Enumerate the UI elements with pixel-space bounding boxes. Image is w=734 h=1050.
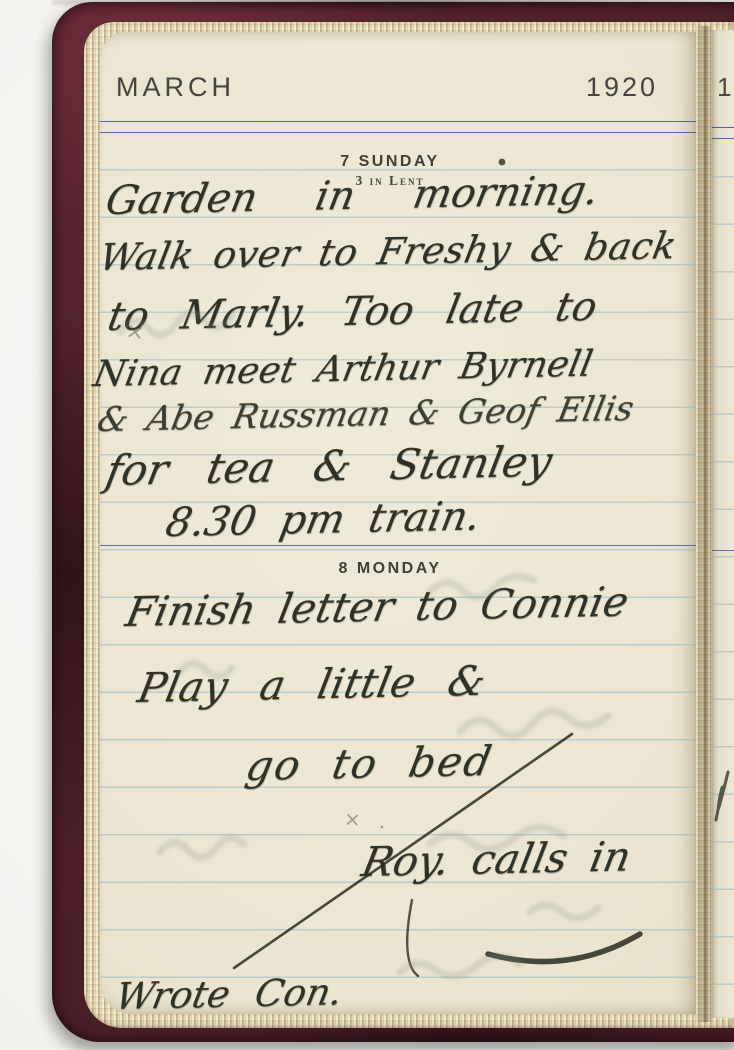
pencil-x-mark: × . [343, 806, 392, 833]
cover-top-edge [52, 0, 734, 10]
facing-page-ruled-lines [712, 176, 734, 1010]
facing-page-header-fragment: 1 [717, 72, 733, 103]
facing-page-header-rule [712, 127, 734, 139]
facing-page-divider-rule [712, 550, 734, 551]
header-rule [100, 121, 696, 133]
sunday-entry-line-7: 8.30 pm train. [162, 493, 484, 546]
sunday-entry-line-6: for tea & Stanley [102, 437, 556, 495]
monday-entry-line-3: go to bed [242, 737, 497, 790]
month-label: MARCH [116, 72, 235, 103]
monday-entry-line-4: Roy. calls in [358, 832, 635, 886]
monday-entry-line-2: Play a little & [134, 657, 490, 712]
book-gutter-fold [694, 26, 713, 1022]
footer-note: Wrote Con. [112, 970, 346, 1018]
facing-page-sliver: 1 [712, 30, 734, 1018]
diary-page: MARCH 1920 7 SUNDAY 3 in Lent Garden in … [100, 32, 696, 1014]
monday-date-heading: 8 MONDAY [100, 560, 680, 578]
year-label: 1920 [586, 72, 658, 103]
